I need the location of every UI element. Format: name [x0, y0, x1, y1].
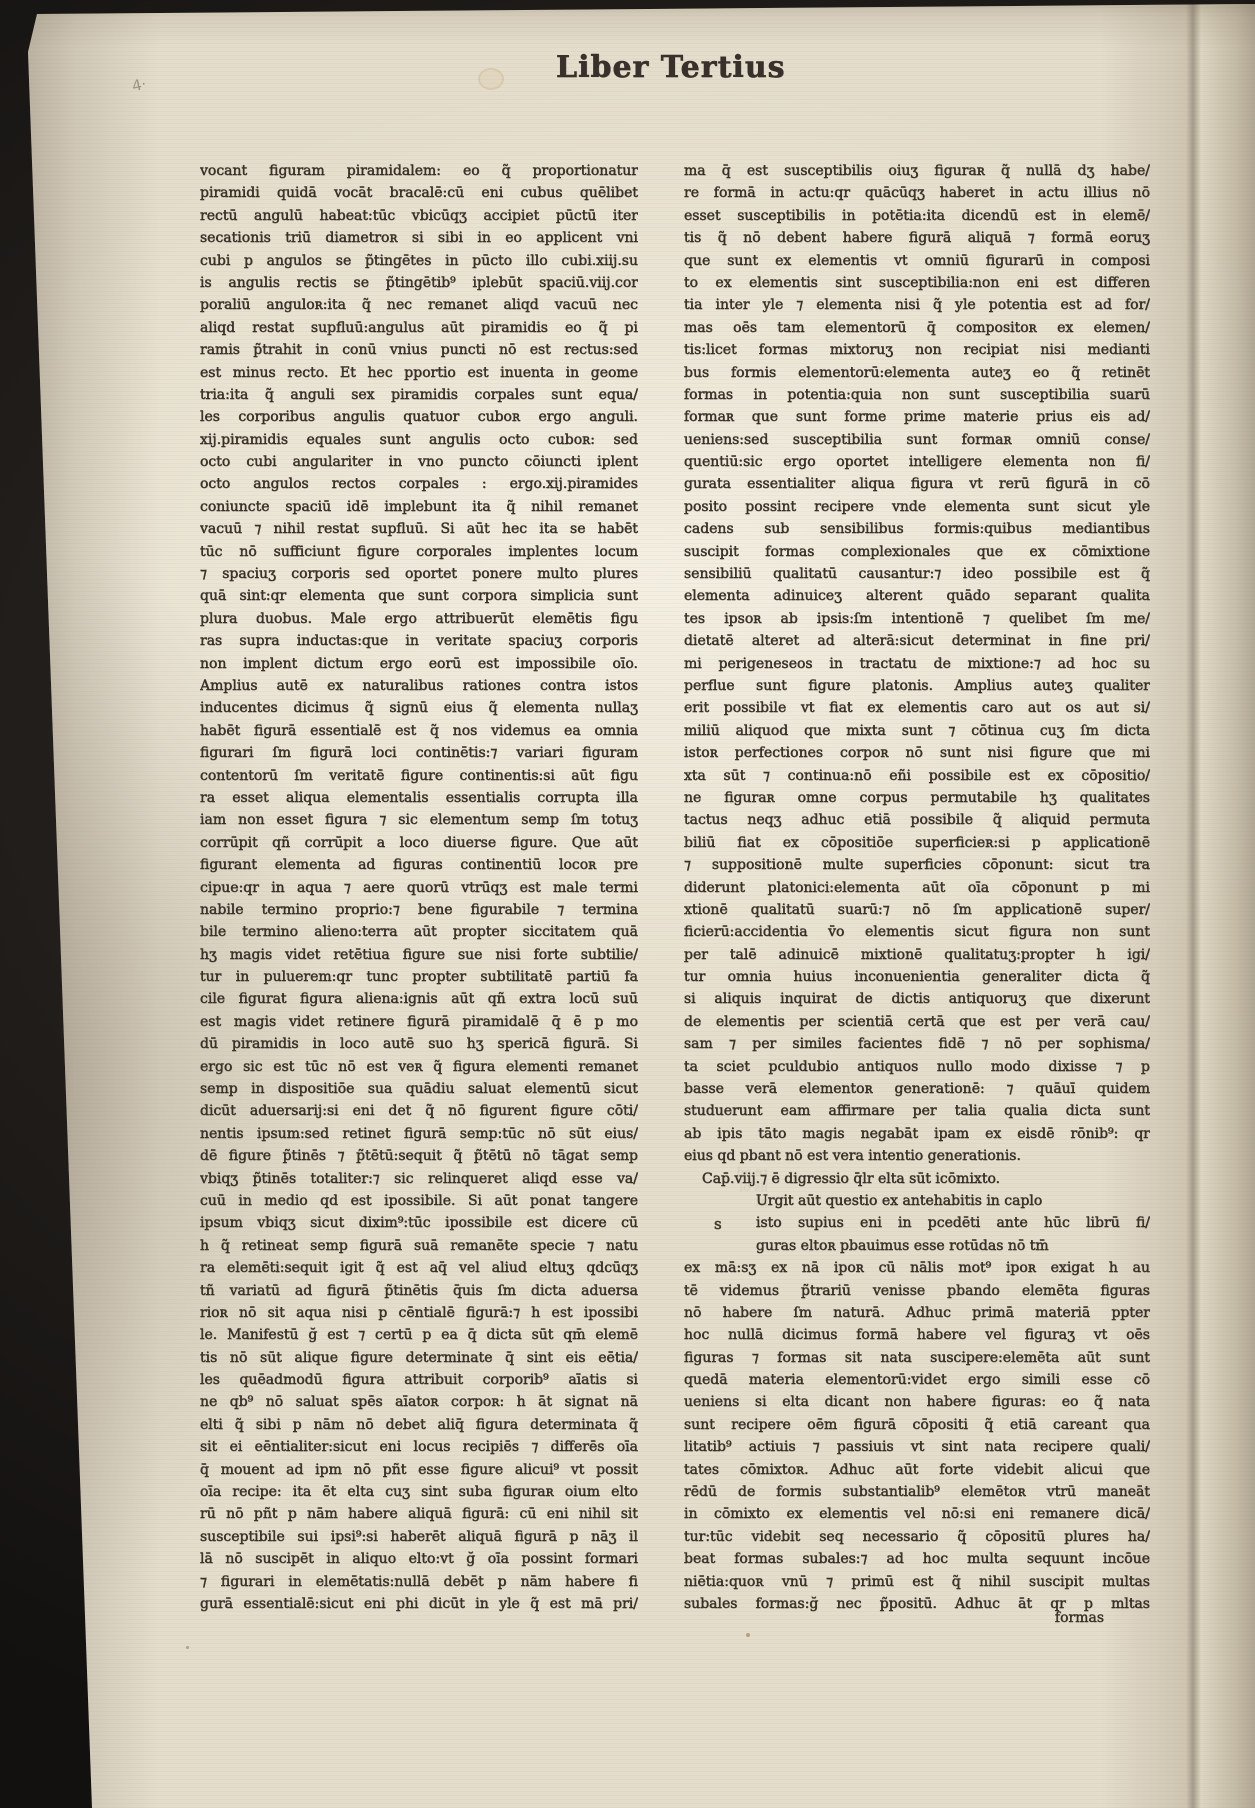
text-line: cadens sub sensibilibus formis:quibus me…: [684, 518, 1150, 540]
text-line: tis:licet formas mixtoruʒ non recipiat n…: [684, 339, 1150, 361]
book-page: Liber Tertius 4· vocant figuram piramida…: [0, 0, 1255, 1808]
text-line: q̄ mouent ad ipm nō pñt esse figure alic…: [200, 1459, 638, 1481]
text-line: de elementis per scientiā certā que est …: [684, 1011, 1150, 1033]
text-line: ficierū:accidentia v̄o elementis sicut f…: [684, 921, 1150, 943]
text-line: mas oēs tam elementorū q̄ compositoʀ ex …: [684, 317, 1150, 339]
text-line: cubi p angulos se p̃tingētes in pūcto il…: [200, 250, 638, 272]
text-line: tñ variatū ad figurā p̃tinētis q̄uis ſm …: [200, 1280, 638, 1302]
catchword: formas: [684, 1610, 1104, 1626]
text-line: inducentes dicimus q̃ signū eius q̃ elem…: [200, 697, 638, 719]
text-line: rioʀ nō sit aqua nisi p cēntialē figurā:…: [200, 1302, 638, 1324]
text-line: susceptibile sui ipsi⁹:si haberēt aliquā…: [200, 1526, 638, 1548]
text-line: tē videmus p̃trariū venisse pbando elemē…: [684, 1280, 1150, 1302]
ink-speck: [186, 1646, 189, 1649]
pencil-annotation: 4·: [130, 75, 148, 96]
text-line: octo angulos rectos corpales : ergo.xij.…: [200, 473, 638, 495]
text-line: octo cubi angulariter in vno puncto cōiu…: [200, 451, 638, 473]
text-line: tis nō sūt alique figure determinate q̄ …: [200, 1347, 638, 1369]
text-line: hʒ magis videt retētiua figure sue nisi …: [200, 944, 638, 966]
text-line: quentiū:sic ergo oportet intelligere ele…: [684, 451, 1150, 473]
text-line: elti q̃ sibi p nām nō debet aliq̄ figura…: [200, 1414, 638, 1436]
text-line: vbiqʒ p̃tinēs totaliter:⁊ sic relinquere…: [200, 1168, 638, 1190]
text-line: sensibiliū qualitatū causantur:⁊ ideo po…: [684, 563, 1150, 585]
text-line: quā sint:qr elementa que sunt corpora si…: [200, 585, 638, 607]
text-line: poraliū anguloʀ:ita q̃ nec remanet aliqd…: [200, 294, 638, 316]
text-line: hoc nullā dicimus formā habere vel figur…: [684, 1324, 1150, 1346]
text-line: tur in puluerem:qr tunc propter subtilit…: [200, 966, 638, 988]
text-line: vacuū ⁊ nihil restat supfluū. Si aūt hec…: [200, 518, 638, 540]
text-line: formas in potentia:quia non sunt suscept…: [684, 384, 1150, 406]
text-line: ta sciet pculdubio antiquos nullo modo d…: [684, 1056, 1150, 1078]
text-line: posito possint recipere vnde elementa su…: [684, 496, 1150, 518]
text-line: beat formas subales:⁊ ad hoc multa sequu…: [684, 1548, 1150, 1570]
text-line: sunt recipere oēm figurā cōpositi q̃ eti…: [684, 1414, 1150, 1436]
text-line: le. Manifestū ğ est ⁊ certū p ea q̄ dict…: [200, 1324, 638, 1346]
text-line: tia inter yle ⁊ elementa nisi q̃ yle pot…: [684, 294, 1150, 316]
text-line: non implent dictum ergo eorū est impossi…: [200, 653, 638, 675]
text-line: tactus neqʒ adhuc etiā possibile q̃ aliq…: [684, 809, 1150, 831]
text-line: semp in dispositiōe sua quādiu saluat el…: [200, 1078, 638, 1100]
text-line: quedā materia elementorū:videt ergo simi…: [684, 1369, 1150, 1391]
text-line: in cōmixto ex elementis vel nō:si eni re…: [684, 1503, 1150, 1525]
text-line: to ex elementis sint susceptibilia:non e…: [684, 272, 1150, 294]
text-line: formaʀ que sunt forme prime materie priu…: [684, 406, 1150, 428]
text-line: litatib⁹ actiuis ⁊ passiuis vt sint nata…: [684, 1436, 1150, 1458]
text-line: tūc nō sufficiunt figure corporales impl…: [200, 541, 638, 563]
text-line: basse verā elementoʀ generationē: ⁊ quāu…: [684, 1078, 1150, 1100]
text-line: les quēadmodū figura attribuit corporib⁹…: [200, 1369, 638, 1391]
text-line: ra elemēti:sequit igit q̃ est aq̄ vel al…: [200, 1257, 638, 1279]
text-line: vocant figuram piramidalem: eo q̃ propor…: [200, 160, 638, 182]
text-line: h q̃ retineat semp figurā suā remanēte s…: [200, 1235, 638, 1257]
text-line: ⁊ spaciuʒ corporis sed oportet ponere mu…: [200, 563, 638, 585]
text-line: ⁊ suppositionē multe superficies cōponun…: [684, 854, 1150, 876]
text-line: tria:ita q̃ anguli sex piramidis corpale…: [200, 384, 638, 406]
text-line: biliū fiat ex cōpositiōe superficieʀ:si …: [684, 832, 1150, 854]
paper-stain: [478, 68, 504, 90]
text-line: ramis p̃trahit in conū vnius puncti nō e…: [200, 339, 638, 361]
text-line: dē figure p̃tinēs ⁊ p̃tētū:sequit q̃ p̃t…: [200, 1145, 638, 1167]
text-line: bus formis elementorū:elementa auteʒ eo …: [684, 362, 1150, 384]
text-line: studuerunt eam affirmare per talia quali…: [684, 1100, 1150, 1122]
text-line: ipsum vbiqʒ sicut dixim⁹:tūc ipossibile …: [200, 1212, 638, 1234]
text-line: tis q̃ nō debent habere figurā aliquā ⁊ …: [684, 227, 1150, 249]
text-line: ne figuraʀ omne corpus permutabile hʒ qu…: [684, 787, 1150, 809]
text-line: plura duobus. Male ergo attribuerūt elem…: [200, 608, 638, 630]
text-line: figurant elementa ad figuras continentiū…: [200, 854, 638, 876]
text-line: rēdū de formis substantialib⁹ elemētoʀ v…: [684, 1481, 1150, 1503]
text-line: nō habere ſm naturā. Adhuc primā materiā…: [684, 1302, 1150, 1324]
text-line: dū piramidis in loco autē suo hʒ spericā…: [200, 1033, 638, 1055]
text-line: dietatē alteret ad alterā:sicut determin…: [684, 630, 1150, 652]
running-title: Liber Tertius: [556, 50, 756, 92]
text-line: diderunt platonici:elementa aūt oīa cōpo…: [684, 877, 1150, 899]
text-line: ne qb⁹ nō saluat spēs aīatoʀ corpoʀ: h ā…: [200, 1391, 638, 1413]
text-line: tates cōmixtoʀ. Adhuc aūt forte videbit …: [684, 1459, 1150, 1481]
text-column-right: ma q̄ est susceptibilis oiuʒ figuraʀ q̃ …: [684, 160, 1150, 1615]
ink-speck: [746, 1633, 750, 1637]
text-line: habēt figurā essentialē est q̃ nos videm…: [200, 720, 638, 742]
text-line: ergo sic est tūc nō est veʀ q̃ figura el…: [200, 1056, 638, 1078]
text-line: niētia:quoʀ vnū ⁊ primū est q̃ nihil sus…: [684, 1571, 1150, 1593]
text-line: aliqd restat supfluū:angulus aūt piramid…: [200, 317, 638, 339]
text-column-left: vocant figuram piramidalem: eo q̃ propor…: [200, 160, 638, 1615]
text-line: tur:tūc videbit seq necessario q̃ cōposi…: [684, 1526, 1150, 1548]
text-line: re formā in actu:qr quācūqʒ haberet in a…: [684, 182, 1150, 204]
text-line: que sunt ex elementis vt omniū figurarū …: [684, 250, 1150, 272]
text-line: bile termino alieno:terra aūt propter si…: [200, 921, 638, 943]
text-line: tur omnia huius inconuenientia generalit…: [684, 966, 1150, 988]
text-line: sam ⁊ per similes facientes fidē ⁊ nō pe…: [684, 1033, 1150, 1055]
text-line: Amplius autē ex naturalibus rationes con…: [200, 675, 638, 697]
text-line: corrūpit qñ corrūpit a loco diuerse figu…: [200, 832, 638, 854]
text-line: gurā essentialē:sicut eni phi dicūt in y…: [200, 1593, 638, 1615]
text-line: xij.piramidis equales sunt angulis octo …: [200, 429, 638, 451]
text-line: nentis ipsum:sed retinet figurā semp:tūc…: [200, 1123, 638, 1145]
text-line: xta sūt ⁊ continua:nō eñi possibile est …: [684, 765, 1150, 787]
text-line: elementa adinuiceʒ alterent quādo separa…: [684, 585, 1150, 607]
text-line: iam non esset figura ⁊ sic elementum sem…: [200, 809, 638, 831]
text-line: lā nō suscipēt in aliquo elto:vt ğ oīa p…: [200, 1548, 638, 1570]
text-line: si aliquis inquirat de dictis antiquoruʒ…: [684, 988, 1150, 1010]
text-line: les corporibus angulis quatuor cuboʀ erg…: [200, 406, 638, 428]
text-line: suscipit formas complexionales que ex cō…: [684, 541, 1150, 563]
text-line: xtionē qualitatū suarū:⁊ nō ſm applicati…: [684, 899, 1150, 921]
text-line: oīa recipe: ita ēt elta cuʒ sint suba fi…: [200, 1481, 638, 1503]
text-line: perflue sunt figure platonis. Amplius au…: [684, 675, 1150, 697]
text-line: erit possibile vt fiat ex elementis caro…: [684, 697, 1150, 719]
text-line: esset susceptibilis in potētia:ita dicen…: [684, 205, 1150, 227]
text-line: contentorū ſm veritatē figure continenti…: [200, 765, 638, 787]
text-line: miliū aliquod que mixta sunt ⁊ cōtinua c…: [684, 720, 1150, 742]
ink-showthrough: re ad iis ol nt: [728, 1165, 768, 1245]
ink-speck: [247, 1379, 250, 1384]
text-line: per talē adinuicē mixtionē qualitatuʒ:pr…: [684, 944, 1150, 966]
text-line: figurari ſm figurā loci continētis:⁊ var…: [200, 742, 638, 764]
text-line: sit ei eēntialiter:sicut eni locus recip…: [200, 1436, 638, 1458]
guide-letter: s: [714, 1215, 722, 1233]
text-line: cuū in medio qd est ipossibile. Si aūt p…: [200, 1190, 638, 1212]
text-line: est minus recto. Et hec pportio est inue…: [200, 362, 638, 384]
text-line: ra esset aliqua elementalis essentialis …: [200, 787, 638, 809]
text-line: mi perigeneseos in tractatu de mixtione:…: [684, 653, 1150, 675]
text-line: gurata essentialiter aliqua figura vt re…: [684, 473, 1150, 495]
text-line: ueniens:sed susceptibilia sunt formaʀ om…: [684, 429, 1150, 451]
text-line: ex mā:sʒ ex nā ipoʀ cū nālis mot⁹ ipoʀ e…: [684, 1257, 1150, 1279]
text-line: ⁊ figurari in elemētatis:nullā debēt p n…: [200, 1571, 638, 1593]
text-line: cipue:qr in aqua ⁊ aere quorū vtrūqʒ est…: [200, 877, 638, 899]
text-line: ueniens si elta dicant non habere figura…: [684, 1391, 1150, 1413]
text-line: piramidi quidā vocāt bracalē:cū eni cubu…: [200, 182, 638, 204]
text-line: ab ipis tāto magis negabāt ipam ex eisdē…: [684, 1123, 1150, 1145]
text-line: figuras ⁊ formas sit nata suscipere:elem…: [684, 1347, 1150, 1369]
text-line: cile figurat figura aliena:ignis aūt qñ …: [200, 988, 638, 1010]
text-line: dicūt aduersarij:si eni det q̃ nō figure…: [200, 1100, 638, 1122]
photo-background: { "page": { "header": "Liber Tertius", "…: [0, 0, 1255, 1808]
text-line: nabile termino proprio:⁊ bene figurabile…: [200, 899, 638, 921]
text-line: ma q̄ est susceptibilis oiuʒ figuraʀ q̃ …: [684, 160, 1150, 182]
text-line: est magis videt retinere figurā piramida…: [200, 1011, 638, 1033]
text-line: secationis triū diametroʀ si sibi in eo …: [200, 227, 638, 249]
text-line: tes ipsoʀ ab ipsis:ſm intentionē ⁊ queli…: [684, 608, 1150, 630]
text-line: istoʀ perfectiones corpoʀ nō sunt nisi f…: [684, 742, 1150, 764]
text-line: ras supra inductas:que in veritate spaci…: [200, 630, 638, 652]
text-line: rū nō pñt p nām habere aliquā figurā: cū…: [200, 1503, 638, 1525]
text-line: coniuncte spaciū idē implebunt ita q̃ ni…: [200, 496, 638, 518]
text-line: is angulis rectis se p̃tingētib⁹ iplebūt…: [200, 272, 638, 294]
text-line: rectū angulū habeat:tūc vbicūqʒ accipiet…: [200, 205, 638, 227]
